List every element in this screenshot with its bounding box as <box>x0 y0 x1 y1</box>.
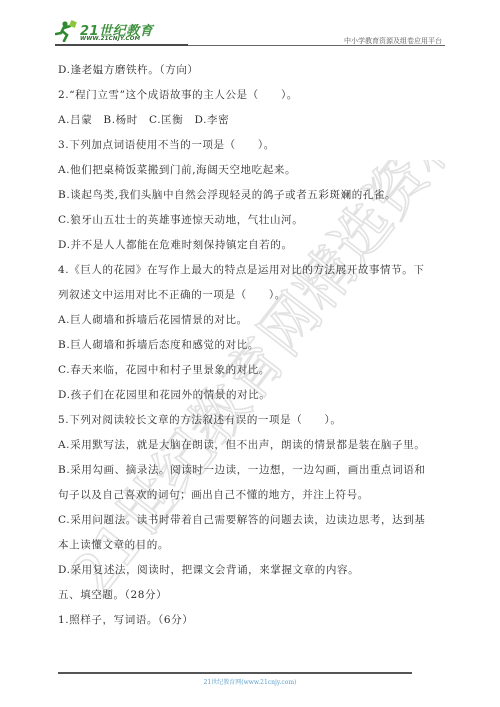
question-3-option-a: A.他们把桌椅饭菜搬到门前,海阔天空地吃起来。 <box>58 158 448 183</box>
section-5-heading: 五、填空题。（28分） <box>58 583 448 608</box>
question-5-option-d: D.采用复述法，阅读时，把课文会背诵，来掌握文章的内容。 <box>58 558 448 583</box>
question-5-option-b: B.采用勾画、摘录法。阅读时一边读，一边想，一边勾画，画出重点词语和 <box>58 458 448 483</box>
question-4-option-b: B.巨人砌墙和拆墙后态度和感觉的对比。 <box>58 333 448 358</box>
question-5-option-c: C.采用问题法。读书时带着自己需要解答的问题去读，边读边思考，达到基 <box>58 508 448 533</box>
runner-logo-icon <box>55 20 77 42</box>
question-4-cont: 列叙述文中运用对比不正确的一项是（ ）。 <box>58 283 448 308</box>
question-5-option-b-cont: 句子以及自己喜欢的词句；画出自己不懂的地方，并注上符号。 <box>58 483 448 508</box>
question-5-option-c-cont: 本上读懂文章的目的。 <box>58 533 448 558</box>
question-2: 2.“程门立雪”这个成语故事的主人公是（ ）。 <box>58 83 448 108</box>
logo-url: WWW.21CNJY.COM <box>80 36 140 42</box>
question-3-option-b: B.谈起鸟类,我们头脑中自然会浮现轻灵的鸽子或者五彩斑斓的孔雀。 <box>58 183 448 208</box>
question-3: 3.下列加点词语使用不当的一项是（ ）。 <box>58 133 448 158</box>
question-4-option-a: A.巨人砌墙和拆墙后花园情景的对比。 <box>58 308 448 333</box>
header-divider-thick <box>55 44 188 46</box>
section-5-question-1: 1.照样子，写词语。（6分） <box>58 608 448 633</box>
exam-content: D.逢老媪方磨铁杵。（方向） 2.“程门立雪”这个成语故事的主人公是（ ）。 A… <box>58 58 448 633</box>
page-header: 21世纪教育 WWW.21CNJY.COM 中小学教育资源及组卷应用平台 <box>0 0 500 48</box>
question-4-option-d: D.孩子们在花园里和花园外的情景的对比。 <box>58 383 448 408</box>
option-line: D.逢老媪方磨铁杵。（方向） <box>58 58 448 83</box>
footer-divider <box>58 672 412 674</box>
site-logo[interactable]: 21世纪教育 WWW.21CNJY.COM <box>55 18 155 46</box>
question-3-option-c: C.狼牙山五壮士的英雄事迹惊天动地，气壮山河。 <box>58 208 448 233</box>
question-4: 4.《巨人的花园》在写作上最大的特点是运用对比的方法展开故事情节。下 <box>58 258 448 283</box>
question-3-option-d: D.并不是人人都能在危难时刻保持镇定自若的。 <box>58 233 448 258</box>
header-divider <box>188 45 445 46</box>
question-5-option-a: A.采用默写法，就是大脑在朗读，但不出声，朗读的情景都是装在脑子里。 <box>58 433 448 458</box>
question-2-options: A.吕蒙 B.杨时 C.匡衡 D.李密 <box>58 108 448 133</box>
question-4-option-c: C.春天来临，花园中和村子里景象的对比。 <box>58 358 448 383</box>
footer-link[interactable]: 21世纪教育网(www.21cnjy.com) <box>0 677 500 686</box>
question-5: 5.下列对阅读较长文章的方法叙述有误的一项是（ ）。 <box>58 408 448 433</box>
